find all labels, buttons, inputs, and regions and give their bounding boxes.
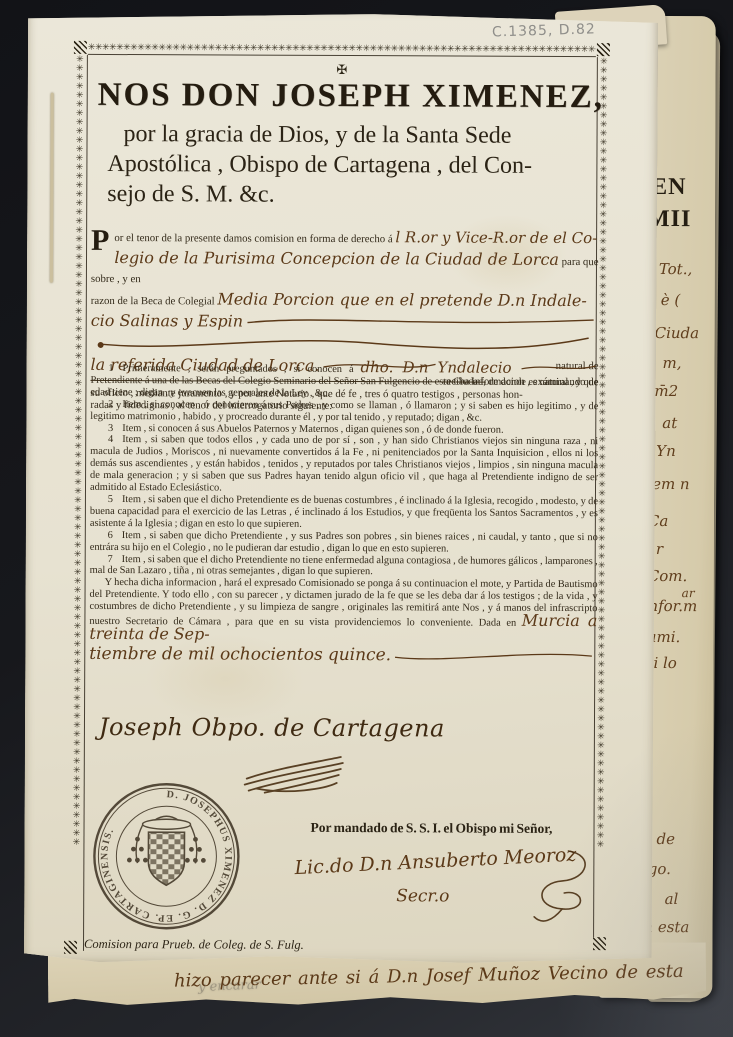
border-left-ornaments: ✳✳✳✳✳✳✳✳✳✳✳✳✳✳✳✳✳✳✳✳✳✳✳✳✳✳✳✳✳✳✳✳✳✳✳✳✳✳✳✳… [70,55,88,951]
bottom-handwritten-line: hizo parecer ante si á D.n Josef Muñoz V… [174,961,684,992]
print-text: Item , si conocen á sus Abuelos Paternos… [122,423,503,436]
interrogatory-item: 7Item , si saben que el dicho Pretendien… [90,553,598,579]
print-text: Primeramente , serán preguntados , si co… [123,363,354,375]
item-number: 4 [105,434,113,446]
under-sheet-hw-fragment: al [665,890,679,908]
photo-background: EN MII Tot., è ( Ciuda m, m̄2 at Yn em n… [0,0,733,1037]
under-sheet-hw-fragment: i lo [653,654,676,672]
print-text: Item , si saben que el dicho Pretendient… [90,554,598,578]
item-number: 2 [105,399,113,411]
bishop-rubric [239,745,351,799]
print-text: Item , si conocen , ó conocieron á sus P… [90,399,598,423]
document-page: C.1385, D.82 ✳✳✳✳✳✳✳✳✳✳✳✳✳✳✳✳✳✳✳✳✳✳✳✳✳✳✳… [24,13,658,968]
under-sheet-hw-fragment: r [656,540,663,558]
border-corner [74,41,87,54]
border-top-ornaments: ✳✳✳✳✳✳✳✳✳✳✳✳✳✳✳✳✳✳✳✳✳✳✳✳✳✳✳✳✳✳✳✳✳✳✳✳✳✳✳✳… [88,41,596,57]
item-number: 1 [106,363,114,375]
border-corner [593,937,606,950]
interrogatory-item: 6Item , si saben que dicho Pretendiente … [90,530,598,556]
handwritten-fill: cio Salinas y Espin [91,311,243,331]
interrogatory-body: 1Primeramente , serán preguntados , si c… [89,361,598,667]
handwritten-fill: Media Porcion que en el pretende D.n Ind… [217,289,587,310]
handwritten-date-line: tiembre de mil ochocientos quince. [89,643,597,667]
drop-cap: P [91,227,109,255]
handwritten-name: dho. D.n Yndalecio [361,358,512,377]
under-sheet-hw-fragment: Tot., [659,260,693,278]
ink-flourish-sweep [91,330,597,354]
print-text: Item , si saben que todos ellos , y cada… [90,434,598,493]
handwritten-fill: l R.or y Vice-R.or de el Co- [395,228,597,247]
episcopal-seal: D. JOSEPHUS XIMENEZ D. G. EP. CARTAGINEN… [90,779,243,934]
form-caption: Comision para Prueb. de Coleg. de S. Ful… [84,937,304,953]
item-number: 7 [105,553,113,565]
closing-paragraph: Y hecha dicha informacion , hará el expr… [89,577,597,645]
binding-stitch [50,93,54,283]
under-sheet-hw-fragment: m̄2 [654,382,678,400]
archive-reference: C.1385, D.82 [492,21,596,40]
border-corner [597,43,610,56]
under-sheet-hw-fragment: Yn [656,442,676,460]
handwritten-fill: legio de la Purisima Concepcion de la Ci… [114,248,559,269]
interrogatory-item: 4Item , si saben que todos ellos , y cad… [90,434,598,496]
item-number: 5 [105,494,113,506]
interrogatory-item: 1Primeramente , serán preguntados , si c… [90,361,598,401]
print-text: Item , si saben que dicho Pretendiente ,… [90,530,598,554]
ink-flourish [243,312,599,332]
border-corner [64,941,77,954]
subtitle-line: por la gracia de Dios, y de la Santa Sed… [107,119,607,151]
secretary-rubric [516,843,600,931]
under-sheet-hw-fragment: m, [662,354,681,372]
under-sheet-hw-fragment: em n [652,475,690,493]
seal-shield [148,832,184,885]
bishop-signature: Joseph Obpo. de Cartagena [99,713,445,743]
handwritten-date: tiembre de mil ochocientos quince. [89,643,391,666]
item-number: 3 [105,423,113,435]
item-number: 6 [105,530,113,542]
interrogatory-item: 5Item , si saben que el dicho Pretendien… [90,494,598,532]
under-sheet-hw-fragment: Ciuda [655,324,700,342]
secretary-title: Secr.o [396,886,449,906]
under-sheet-hw-fragment: è ( [661,291,681,309]
ink-flourish [391,647,597,664]
document-title: NOS DON JOSEPH XIMENEZ, [98,77,598,116]
struck-print-text: Pretendiente á una de las Becas del Cole… [90,375,485,388]
under-sheet-hw-fragment: at [662,414,677,432]
subtitle-line: Apostólica , Obispo de Cartagena , del C… [107,149,607,181]
document-subtitle: por la gracia de Dios, y de la Santa Sed… [107,119,607,211]
print-text: razon de la Beca de Colegial [91,295,215,308]
mandate-line: Por mandado de S. S. I. el Obispo mi Señ… [310,820,552,837]
subtitle-line: sejo de S. M. &c. [107,179,607,211]
print-text: or el tenor de la presente damos comisio… [114,232,392,245]
ink-flourish [519,363,599,373]
interrogatory-item: 2Item , si conocen , ó conocieron á sus … [90,399,598,425]
print-text: Item , si saben que el dicho Pretendient… [90,494,598,530]
